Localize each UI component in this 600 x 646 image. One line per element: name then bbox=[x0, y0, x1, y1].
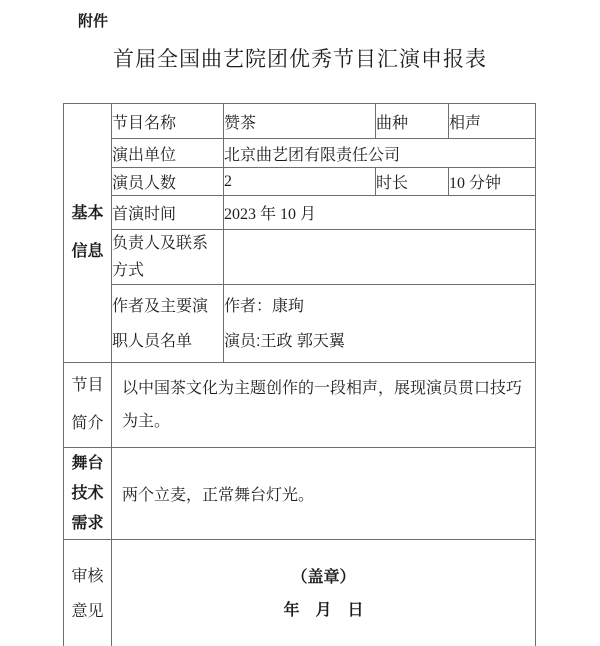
date-line: 年 月 日 bbox=[112, 594, 535, 627]
field-label-premiere-time: 首演时间 bbox=[112, 196, 224, 230]
field-label-program-name: 节目名称 bbox=[112, 104, 224, 139]
stage-tech-value: 两个立麦，正常舞台灯光。 bbox=[112, 448, 536, 540]
field-label-performing-unit: 演出单位 bbox=[112, 139, 224, 168]
field-label-genre: 曲种 bbox=[376, 104, 449, 139]
row-program-name: 基本 信息 节目名称 赞茶 曲种 相声 bbox=[64, 104, 536, 139]
application-form-page: 附件 首届全国曲艺院团优秀节目汇演申报表 基本 信息 节目名称 赞茶 曲种 相声… bbox=[0, 10, 600, 646]
row-cast: 作者及主要演 职人员名单 作者：康珣 演员:王政 郭天翼 bbox=[64, 285, 536, 363]
field-label-duration: 时长 bbox=[376, 168, 449, 196]
row-review: 审核 意见 （盖章） 年 月 日 bbox=[64, 540, 536, 646]
row-performer-count: 演员人数 2 时长 10 分钟 bbox=[64, 168, 536, 196]
field-value-genre: 相声 bbox=[449, 104, 536, 139]
row-performing-unit: 演出单位 北京曲艺团有限责任公司 bbox=[64, 139, 536, 168]
field-label-cast: 作者及主要演 职人员名单 bbox=[112, 285, 224, 363]
field-value-performer-count: 2 bbox=[224, 168, 376, 196]
page-title: 首届全国曲艺院团优秀节目汇演申报表 bbox=[0, 43, 600, 73]
row-premiere-time: 首演时间 2023 年 10 月 bbox=[64, 196, 536, 230]
stamp-line: （盖章） bbox=[112, 561, 535, 594]
row-contact: 负责人及联系 方式 bbox=[64, 230, 536, 285]
review-cell: （盖章） 年 月 日 bbox=[112, 540, 536, 646]
field-value-program-name: 赞茶 bbox=[224, 104, 376, 139]
section-header-review: 审核 意见 bbox=[64, 540, 112, 646]
section-header-basic-info: 基本 信息 bbox=[64, 104, 112, 363]
synopsis-value: 以中国茶文化为主题创作的一段相声，展现演员贯口技巧 为主。 bbox=[112, 363, 536, 448]
section-header-synopsis: 节目 简介 bbox=[64, 363, 112, 448]
row-synopsis: 节目 简介 以中国茶文化为主题创作的一段相声，展现演员贯口技巧 为主。 bbox=[64, 363, 536, 448]
field-value-cast: 作者：康珣 演员:王政 郭天翼 bbox=[224, 285, 536, 363]
field-value-performing-unit: 北京曲艺团有限责任公司 bbox=[224, 139, 536, 168]
field-label-performer-count: 演员人数 bbox=[112, 168, 224, 196]
field-value-premiere-time: 2023 年 10 月 bbox=[224, 196, 536, 230]
field-label-contact: 负责人及联系 方式 bbox=[112, 230, 224, 285]
application-table: 基本 信息 节目名称 赞茶 曲种 相声 演出单位 北京曲艺团有限责任公司 演员人… bbox=[63, 103, 536, 646]
section-header-stage-tech: 舞台 技术 需求 bbox=[64, 448, 112, 540]
field-value-duration: 10 分钟 bbox=[449, 168, 536, 196]
field-value-contact bbox=[224, 230, 536, 285]
attachment-label: 附件 bbox=[78, 10, 600, 31]
row-stage-tech: 舞台 技术 需求 两个立麦，正常舞台灯光。 bbox=[64, 448, 536, 540]
